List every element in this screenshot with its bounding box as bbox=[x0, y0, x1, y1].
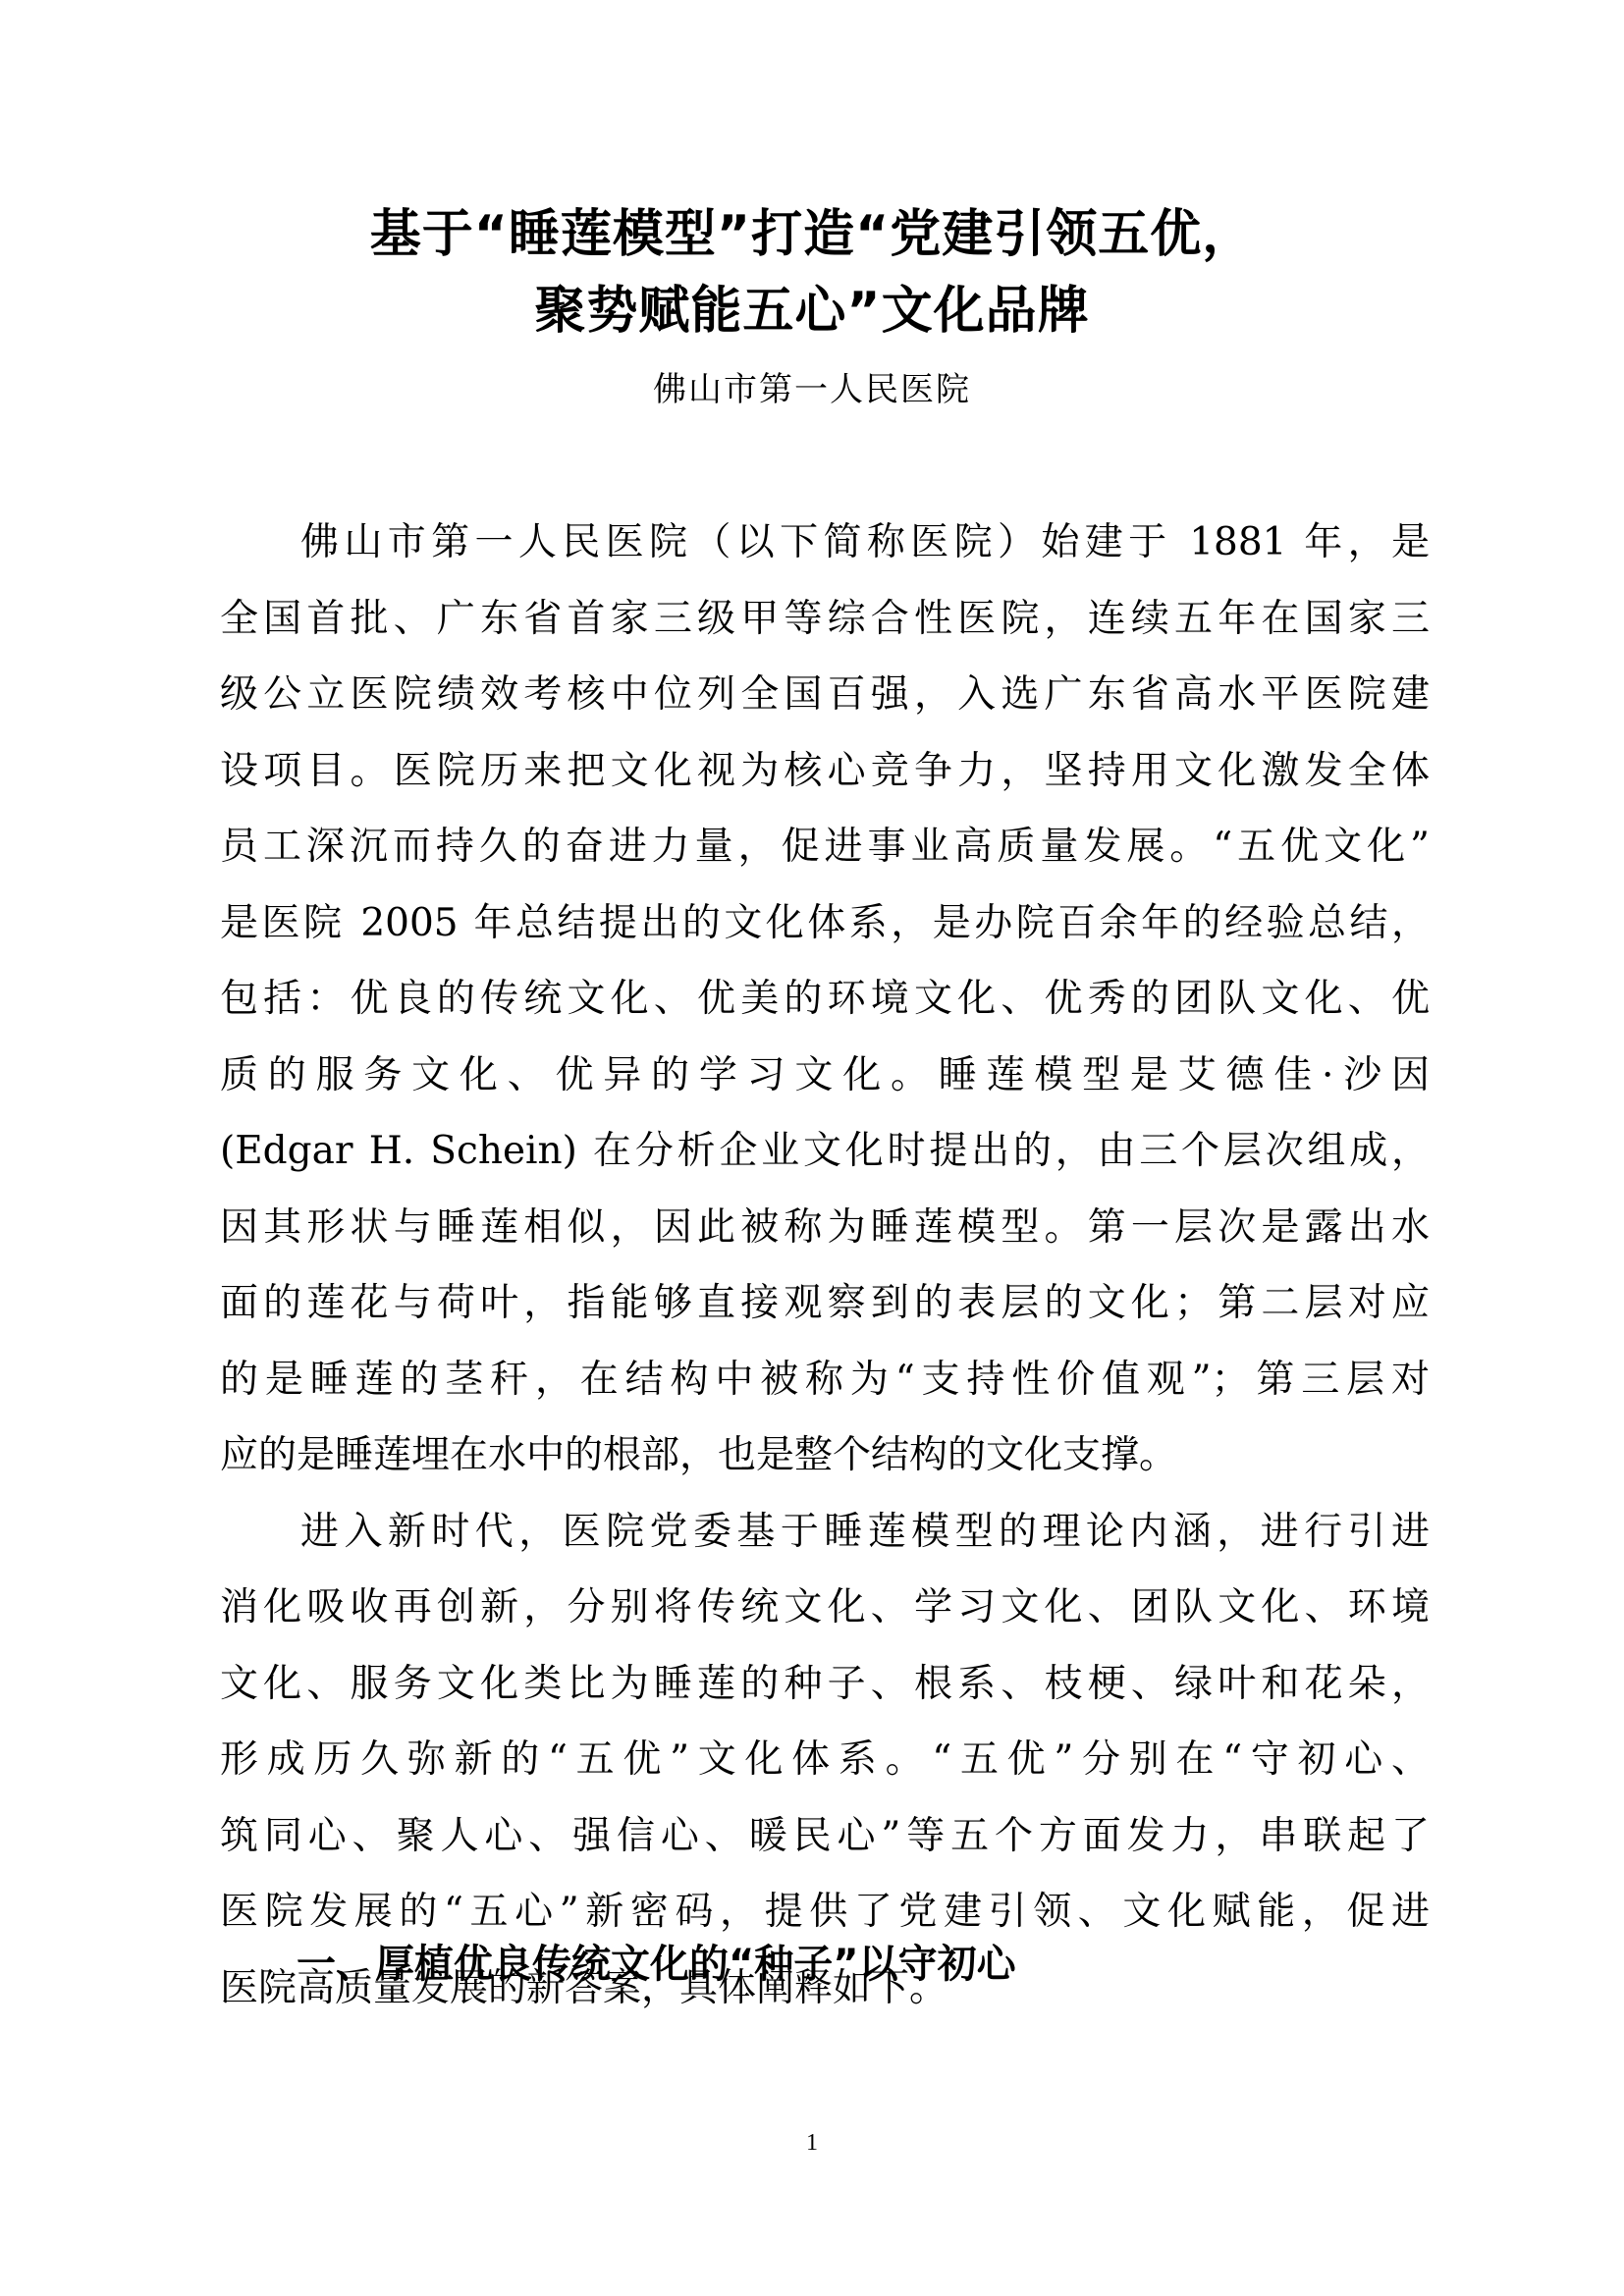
text-line: 的是睡莲的茎秆，在结构中被称为“支持性价值观”；第三层对 bbox=[220, 1342, 1430, 1418]
author-affiliation: 佛山市第一人民医院 bbox=[0, 365, 1624, 414]
text-line: 包括：优良的传统文化、优美的环境文化、优秀的团队文化、优 bbox=[220, 961, 1430, 1038]
text-line: 佛山市第一人民医院（以下简称医院）始建于 1881 年，是 bbox=[220, 505, 1430, 581]
text-line: 消化吸收再创新，分别将传统文化、学习文化、团队文化、环境 bbox=[220, 1570, 1430, 1646]
text-line: 因其形状与睡莲相似，因此被称为睡莲模型。第一层次是露出水 bbox=[220, 1190, 1430, 1266]
document-body: 佛山市第一人民医院（以下简称医院）始建于 1881 年，是 全国首批、广东省首家… bbox=[220, 505, 1430, 2026]
text-line: 面的莲花与荷叶，指能够直接观察到的表层的文化；第二层对应 bbox=[220, 1265, 1430, 1342]
text-line: 形成历久弥新的“五优”文化体系。“五优”分别在“守初心、 bbox=[220, 1722, 1430, 1798]
title-line-2: 聚势赋能五心”文化品牌 bbox=[0, 273, 1624, 349]
text-line: 应的是睡莲埋在水中的根部，也是整个结构的文化支撑。 bbox=[220, 1417, 1430, 1494]
text-line: 质的服务文化、优异的学习文化。睡莲模型是艾德佳·沙因 bbox=[220, 1038, 1430, 1114]
text-line: 全国首批、广东省首家三级甲等综合性医院，连续五年在国家三 bbox=[220, 581, 1430, 658]
text-line: (Edgar H. Schein) 在分析企业文化时提出的，由三个层次组成， bbox=[220, 1113, 1430, 1190]
text-line: 级公立医院绩效考核中位列全国百强，入选广东省高水平医院建 bbox=[220, 657, 1430, 733]
text-line: 员工深沉而持久的奋进力量，促进事业高质量发展。“五优文化” bbox=[220, 809, 1430, 885]
section-heading: 一、厚植优良传统文化的“种子”以守初心 bbox=[297, 1930, 1016, 1999]
title-line-1: 基于“睡莲模型”打造“党建引领五优， bbox=[0, 196, 1624, 273]
text-line: 筑同心、聚人心、强信心、暖民心”等五个方面发力，串联起了 bbox=[220, 1798, 1430, 1875]
page-number: 1 bbox=[0, 2128, 1624, 2158]
text-line: 是医院 2005 年总结提出的文化体系，是办院百余年的经验总结， bbox=[220, 885, 1430, 962]
paragraph-1: 佛山市第一人民医院（以下简称医院）始建于 1881 年，是 全国首批、广东省首家… bbox=[220, 505, 1430, 1494]
text-line: 进入新时代，医院党委基于睡莲模型的理论内涵，进行引进 bbox=[220, 1494, 1430, 1571]
document-title: 基于“睡莲模型”打造“党建引领五优， 聚势赋能五心”文化品牌 bbox=[0, 196, 1624, 349]
document-page: 基于“睡莲模型”打造“党建引领五优， 聚势赋能五心”文化品牌 佛山市第一人民医院… bbox=[0, 0, 1624, 2296]
text-line: 设项目。医院历来把文化视为核心竞争力，坚持用文化激发全体 bbox=[220, 733, 1430, 810]
text-line: 文化、服务文化类比为睡莲的种子、根系、枝梗、绿叶和花朵， bbox=[220, 1646, 1430, 1723]
